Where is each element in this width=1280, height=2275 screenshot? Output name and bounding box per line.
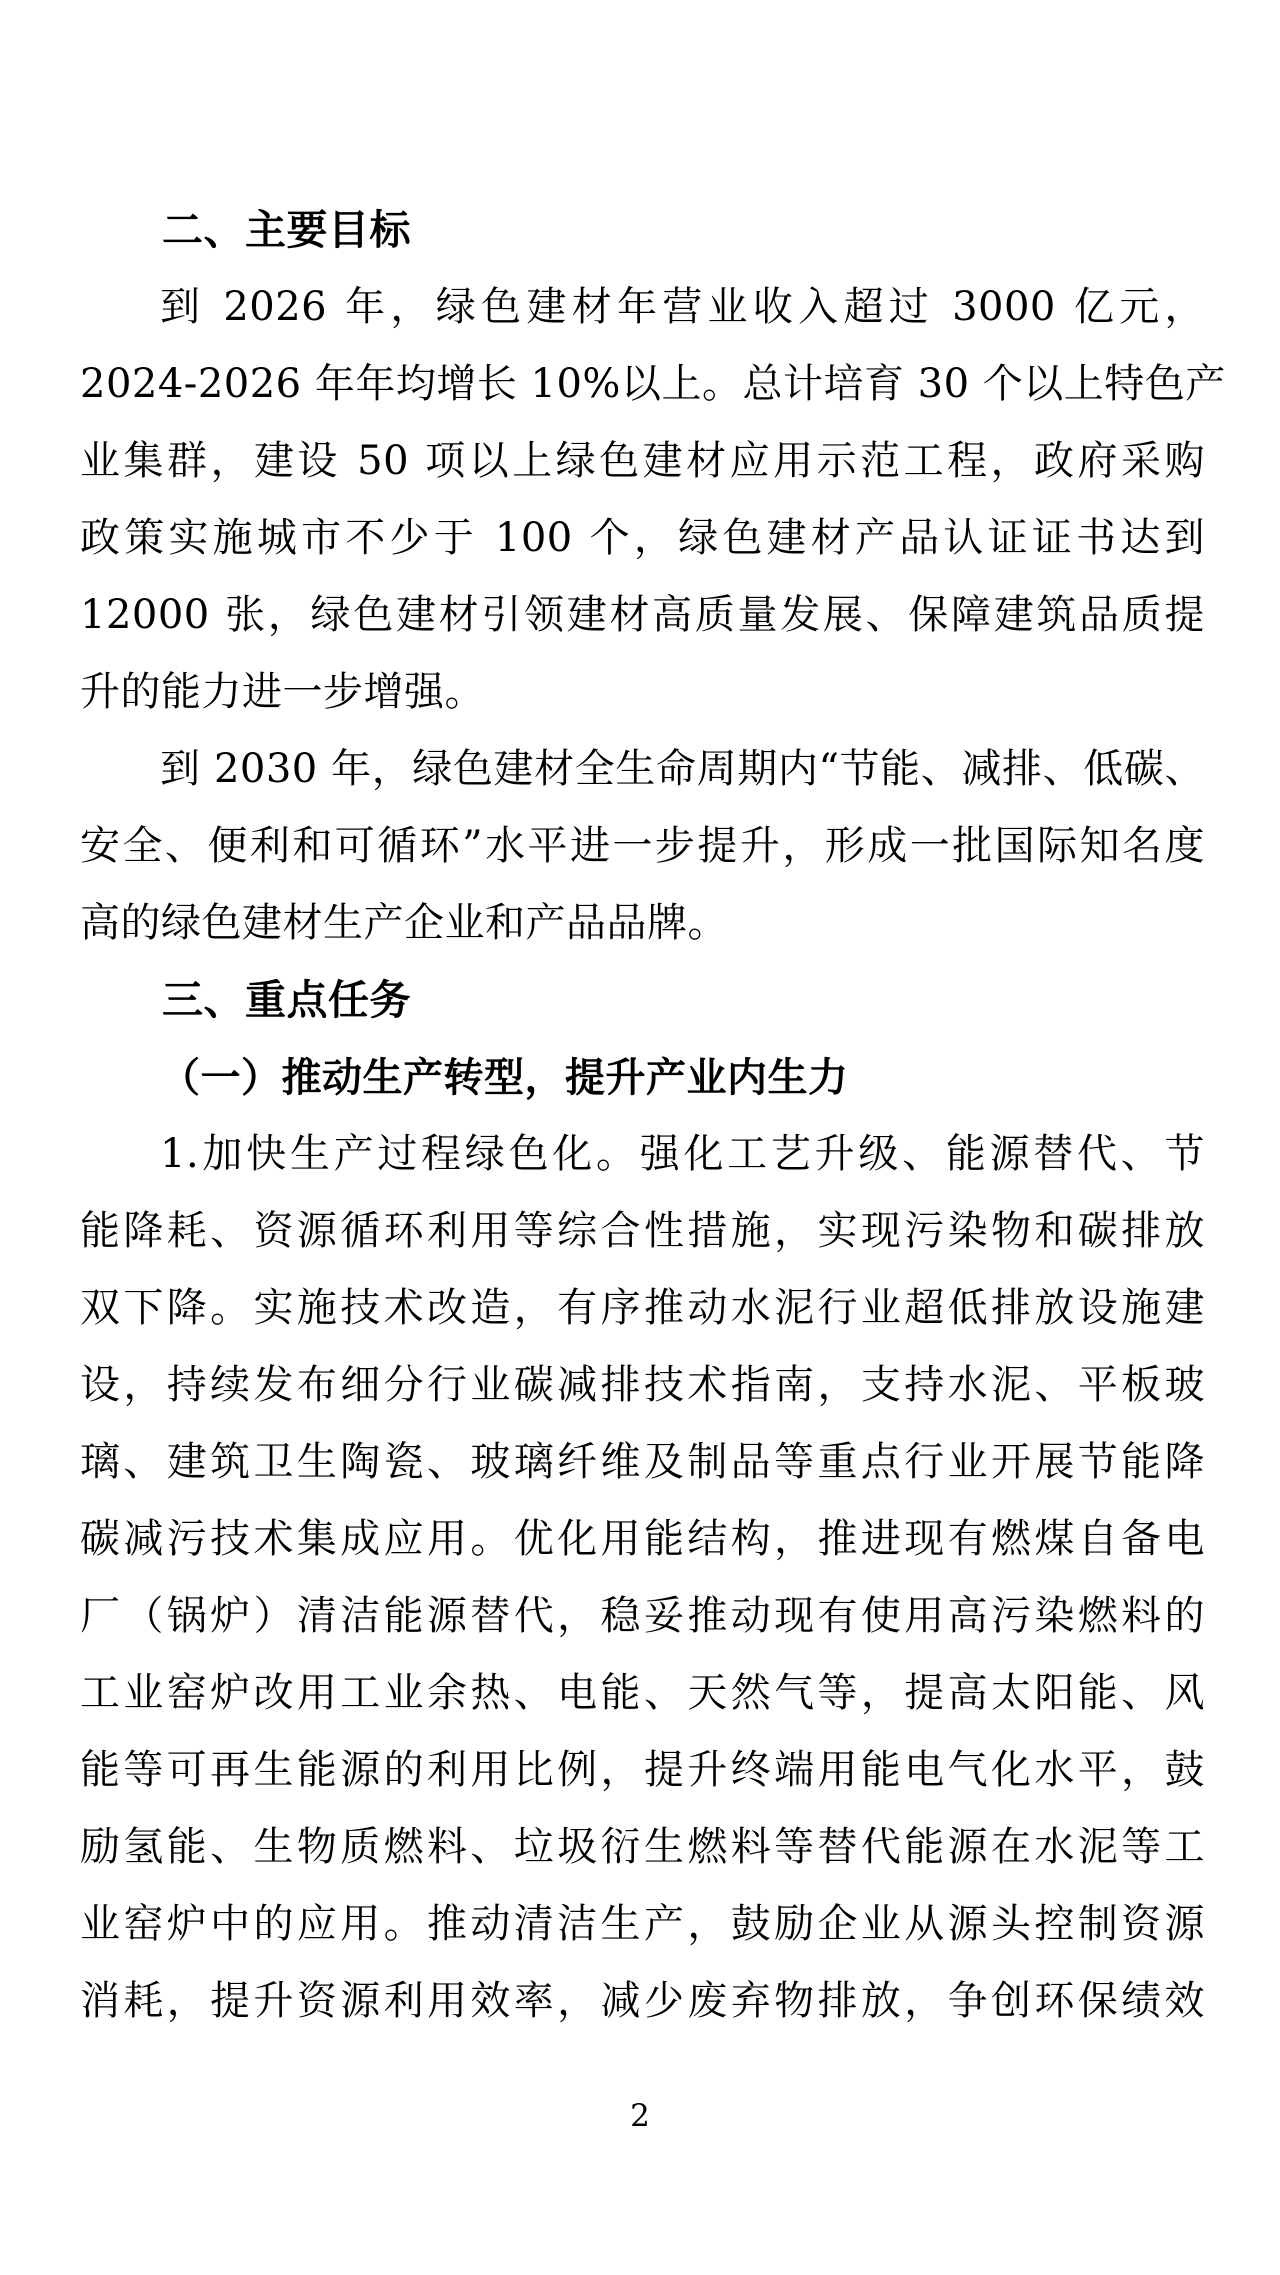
text-line: 1.加快生产过程绿色化。强化工艺升级、能源替代、节 — [80, 1116, 1205, 1193]
text-line: 12000 张，绿色建材引领建材高质量发展、保障建筑品质提 — [80, 577, 1205, 654]
text-line: 到 2030 年，绿色建材全生命周期内“节能、减排、低碳、 — [80, 731, 1205, 808]
text-line: 到 2026 年，绿色建材年营业收入超过 3000 亿元， — [80, 269, 1205, 346]
text-line: 工业窑炉改用工业余热、电能、天然气等，提高太阳能、风 — [80, 1655, 1205, 1732]
text-line: 厂（锅炉）清洁能源替代，稳妥推动现有使用高污染燃料的 — [80, 1578, 1205, 1655]
text-line: 双下降。实施技术改造，有序推动水泥行业超低排放设施建 — [80, 1270, 1205, 1347]
section-heading: 二、主要目标 — [80, 192, 1205, 269]
document-page: 二、主要目标 到 2026 年，绿色建材年营业收入超过 3000 亿元， 202… — [0, 0, 1280, 2275]
text-line: 能降耗、资源循环利用等综合性措施，实现污染物和碳排放 — [80, 1193, 1205, 1270]
text-line: 设，持续发布细分行业碳减排技术指南，支持水泥、平板玻 — [80, 1347, 1205, 1424]
text-line: 2024-2026 年年均增长 10%以上。总计培育 30 个以上特色产 — [80, 346, 1205, 423]
text-line: 励氢能、生物质燃料、垃圾衍生燃料等替代能源在水泥等工 — [80, 1809, 1205, 1886]
text-line: 升的能力进一步增强。 — [80, 654, 1205, 731]
text-line: 安全、便利和可循环”水平进一步提升，形成一批国际知名度 — [80, 808, 1205, 885]
text-line: 高的绿色建材生产企业和产品品牌。 — [80, 885, 1205, 962]
text-line: 业集群，建设 50 项以上绿色建材应用示范工程，政府采购 — [80, 423, 1205, 500]
document-body: 二、主要目标 到 2026 年，绿色建材年营业收入超过 3000 亿元， 202… — [80, 192, 1205, 2040]
section-heading: 三、重点任务 — [80, 962, 1205, 1039]
text-line: 政策实施城市不少于 100 个，绿色建材产品认证证书达到 — [80, 500, 1205, 577]
text-line: 璃、建筑卫生陶瓷、玻璃纤维及制品等重点行业开展节能降 — [80, 1424, 1205, 1501]
text-line: 碳减污技术集成应用。优化用能结构，推进现有燃煤自备电 — [80, 1501, 1205, 1578]
text-line: 业窑炉中的应用。推动清洁生产，鼓励企业从源头控制资源 — [80, 1886, 1205, 1963]
page-number: 2 — [0, 2096, 1280, 2136]
text-line: 消耗，提升资源利用效率，减少废弃物排放，争创环保绩效 — [80, 1963, 1205, 2040]
text-line: 能等可再生能源的利用比例，提升终端用能电气化水平，鼓 — [80, 1732, 1205, 1809]
sub-heading: （一）推动生产转型，提升产业内生力 — [80, 1039, 1205, 1116]
